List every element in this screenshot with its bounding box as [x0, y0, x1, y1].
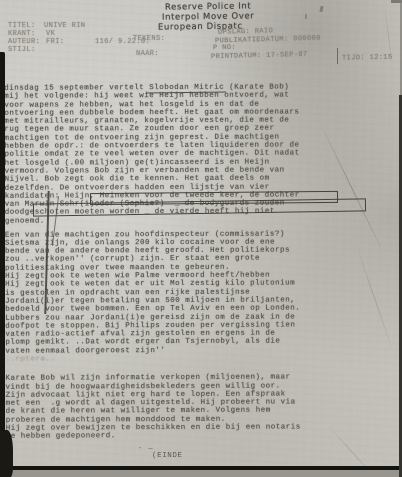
fold-crease	[354, 241, 394, 355]
field-auteur-value: FRI:	[46, 38, 64, 46]
field-printdatum: PRINTDATUM: 17-SEP-87	[211, 51, 308, 62]
scan-corner-nick	[391, 0, 402, 3]
body-paragraph-3: Karate Bob wil zijn informatie verkopen …	[5, 374, 335, 442]
field-krant-value: VK	[46, 30, 55, 38]
einde-marker: (EINDE	[152, 452, 183, 460]
field-titel-label: TITEL:	[8, 22, 36, 30]
field-titel-value: UNIVE RIN	[44, 22, 85, 30]
body-line: Hij zegt ook te weten dat er uit Mol zes…	[5, 280, 335, 290]
field-pno: P NO:	[213, 44, 236, 53]
bottom-cutoff-text: ........ 0090187	[292, 469, 354, 476]
body-paragraph-1: dinsdag 15 september vertelt Slobodan Mi…	[4, 83, 335, 225]
field-auteur-label: AUTEUR:	[8, 38, 40, 46]
field-tijd: TIJD: 12:15	[342, 54, 393, 63]
body-line: genoemd.	[5, 216, 335, 226]
body-text: dinsdag 15 september vertelt Slobodan Mi…	[4, 83, 336, 441]
field-tekens-label: TEKENS:	[133, 35, 165, 43]
field-naar-label: NAAR:	[136, 50, 159, 58]
body-line-faint: ..rptera..	[5, 354, 335, 364]
pen-bracket-mark	[337, 48, 338, 64]
body-line: te hebben gedeponeerd.	[6, 432, 336, 442]
scanned-document-page: Reserve Police Int Interpol Move Over Eu…	[0, 0, 402, 477]
field-krant-label: KRANT:	[8, 30, 36, 38]
body-paragraph-2: Een van die machtigen zou hoofdinspecteu…	[5, 230, 336, 364]
body-line: mij het volgende: hij weet wie Heijn heb…	[4, 92, 334, 102]
body-line: Karate Bob wil zijn informatie verkopen …	[5, 374, 335, 384]
scan-speck	[305, 14, 307, 19]
scan-speck	[319, 6, 323, 12]
body-line: politie omdat ze te veel weten over de m…	[5, 150, 335, 160]
field-stijl-label: STIJL:	[8, 46, 36, 54]
